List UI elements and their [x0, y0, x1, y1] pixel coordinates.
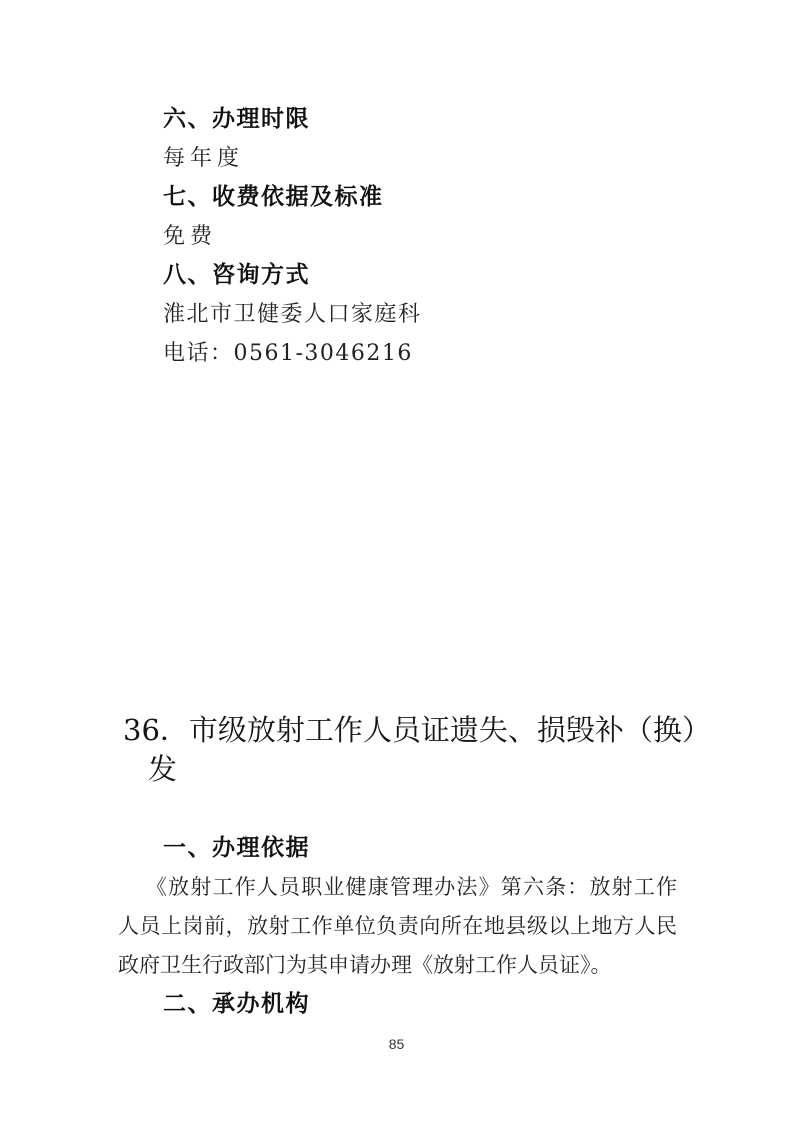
section-heading-7: 七、收费依据及标准: [118, 178, 677, 217]
document-page: 六、办理时限 每年度 七、收费依据及标准 免费 八、咨询方式 淮北市卫健委人口家…: [0, 0, 793, 1122]
page-number: 85: [0, 1036, 793, 1052]
top-info-block: 六、办理时限 每年度 七、收费依据及标准 免费 八、咨询方式 淮北市卫健委人口家…: [118, 100, 677, 373]
contact-department: 淮北市卫健委人口家庭科: [118, 295, 677, 334]
chapter-title: 36．市级放射工作人员证遗失、损毁补（换） 发: [123, 711, 677, 789]
section-heading-2: 二、承办机构: [118, 985, 677, 1024]
section-body-6: 每年度: [118, 139, 677, 178]
section-body-7: 免费: [118, 217, 677, 256]
section-heading-8: 八、咨询方式: [118, 256, 677, 295]
basis-section: 一、办理依据 《放射工作人员职业健康管理办法》第六条：放射工作 人员上岗前，放射…: [118, 829, 677, 1024]
basis-paragraph-line2: 人员上岗前，放射工作单位负责向所在地县级以上地方人民: [118, 907, 677, 946]
chapter-title-line1: 36．市级放射工作人员证遗失、损毁补（换）: [123, 711, 677, 750]
basis-paragraph-line1: 《放射工作人员职业健康管理办法》第六条：放射工作: [118, 868, 677, 907]
contact-phone: 电话：0561-3046216: [118, 334, 677, 373]
chapter-title-line2: 发: [148, 750, 677, 789]
section-heading-1: 一、办理依据: [118, 829, 677, 868]
basis-paragraph-line3: 政府卫生行政部门为其申请办理《放射工作人员证》。: [118, 946, 677, 985]
section-heading-6: 六、办理时限: [118, 100, 677, 139]
